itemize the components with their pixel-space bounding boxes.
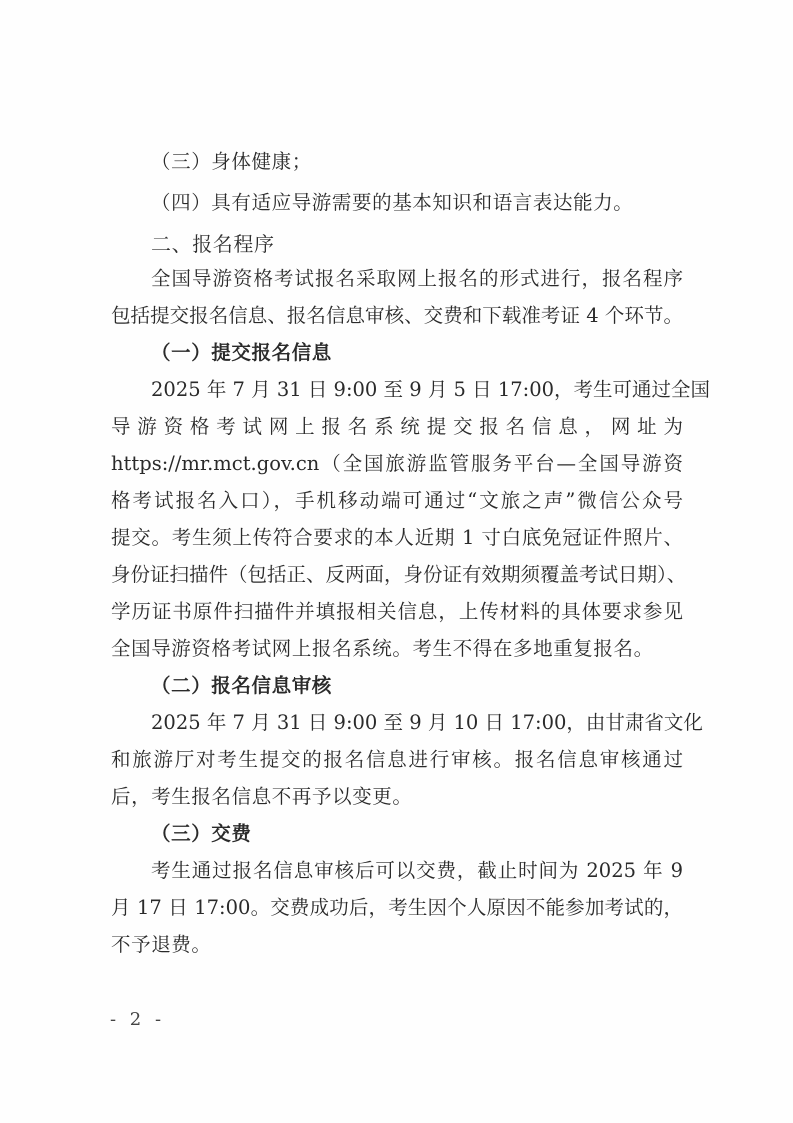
paragraph-line: 全国导游资格考试网上报名系统。考生不得在多地重复报名。	[111, 635, 683, 663]
paragraph-line: 和旅游厅对考生提交的报名信息进行审核。报名信息审核通过	[111, 746, 683, 774]
page-number: - 2 -	[110, 1008, 165, 1032]
subsection-heading-submit-info: （一）提交报名信息	[151, 339, 683, 367]
paragraph-line: 提交。考生须上传符合要求的本人近期 1 寸白底免冠证件照片、	[111, 524, 683, 552]
paragraph-line: 包括提交报名信息、报名信息审核、交费和下载准考证 4 个环节。	[111, 302, 683, 330]
paragraph-line: 导游资格考试网上报名系统提交报名信息，网址为	[111, 413, 683, 441]
paragraph-line: 月 17 日 17:00。交费成功后，考生因个人原因不能参加考试的，	[111, 894, 683, 922]
paragraph-line: 全国导游资格考试报名采取网上报名的形式进行，报名程序	[151, 265, 683, 293]
list-item-health: （三）身体健康；	[151, 148, 683, 176]
paragraph-line: 2025 年 7 月 31 日 9:00 至 9 月 5 日 17:00，考生可…	[151, 376, 683, 404]
subsection-heading-payment: （三）交费	[151, 820, 683, 848]
paragraph-line: 身份证扫描件（包括正、反两面，身份证有效期须覆盖考试日期）、	[111, 561, 683, 589]
paragraph-line: 后，考生报名信息不再予以变更。	[111, 783, 683, 811]
list-item-knowledge: （四）具有适应导游需要的基本知识和语言表达能力。	[151, 189, 683, 217]
paragraph-line: 2025 年 7 月 31 日 9:00 至 9 月 10 日 17:00，由甘…	[151, 709, 683, 737]
paragraph-line-url: https://mr.mct.gov.cn（全国旅游监管服务平台—全国导游资	[111, 450, 683, 478]
paragraph-line: 格考试报名入口），手机移动端可通过“文旅之声”微信公众号	[111, 487, 683, 515]
section-heading-registration-procedure: 二、报名程序	[151, 230, 683, 258]
document-page: （三）身体健康； （四）具有适应导游需要的基本知识和语言表达能力。 二、报名程序…	[0, 0, 793, 1123]
paragraph-line: 考生通过报名信息审核后可以交费，截止时间为 2025 年 9	[151, 857, 683, 885]
paragraph-line: 不予退费。	[111, 931, 683, 959]
paragraph-line: 学历证书原件扫描件并填报相关信息，上传材料的具体要求参见	[111, 598, 683, 626]
subsection-heading-review: （二）报名信息审核	[151, 672, 683, 700]
